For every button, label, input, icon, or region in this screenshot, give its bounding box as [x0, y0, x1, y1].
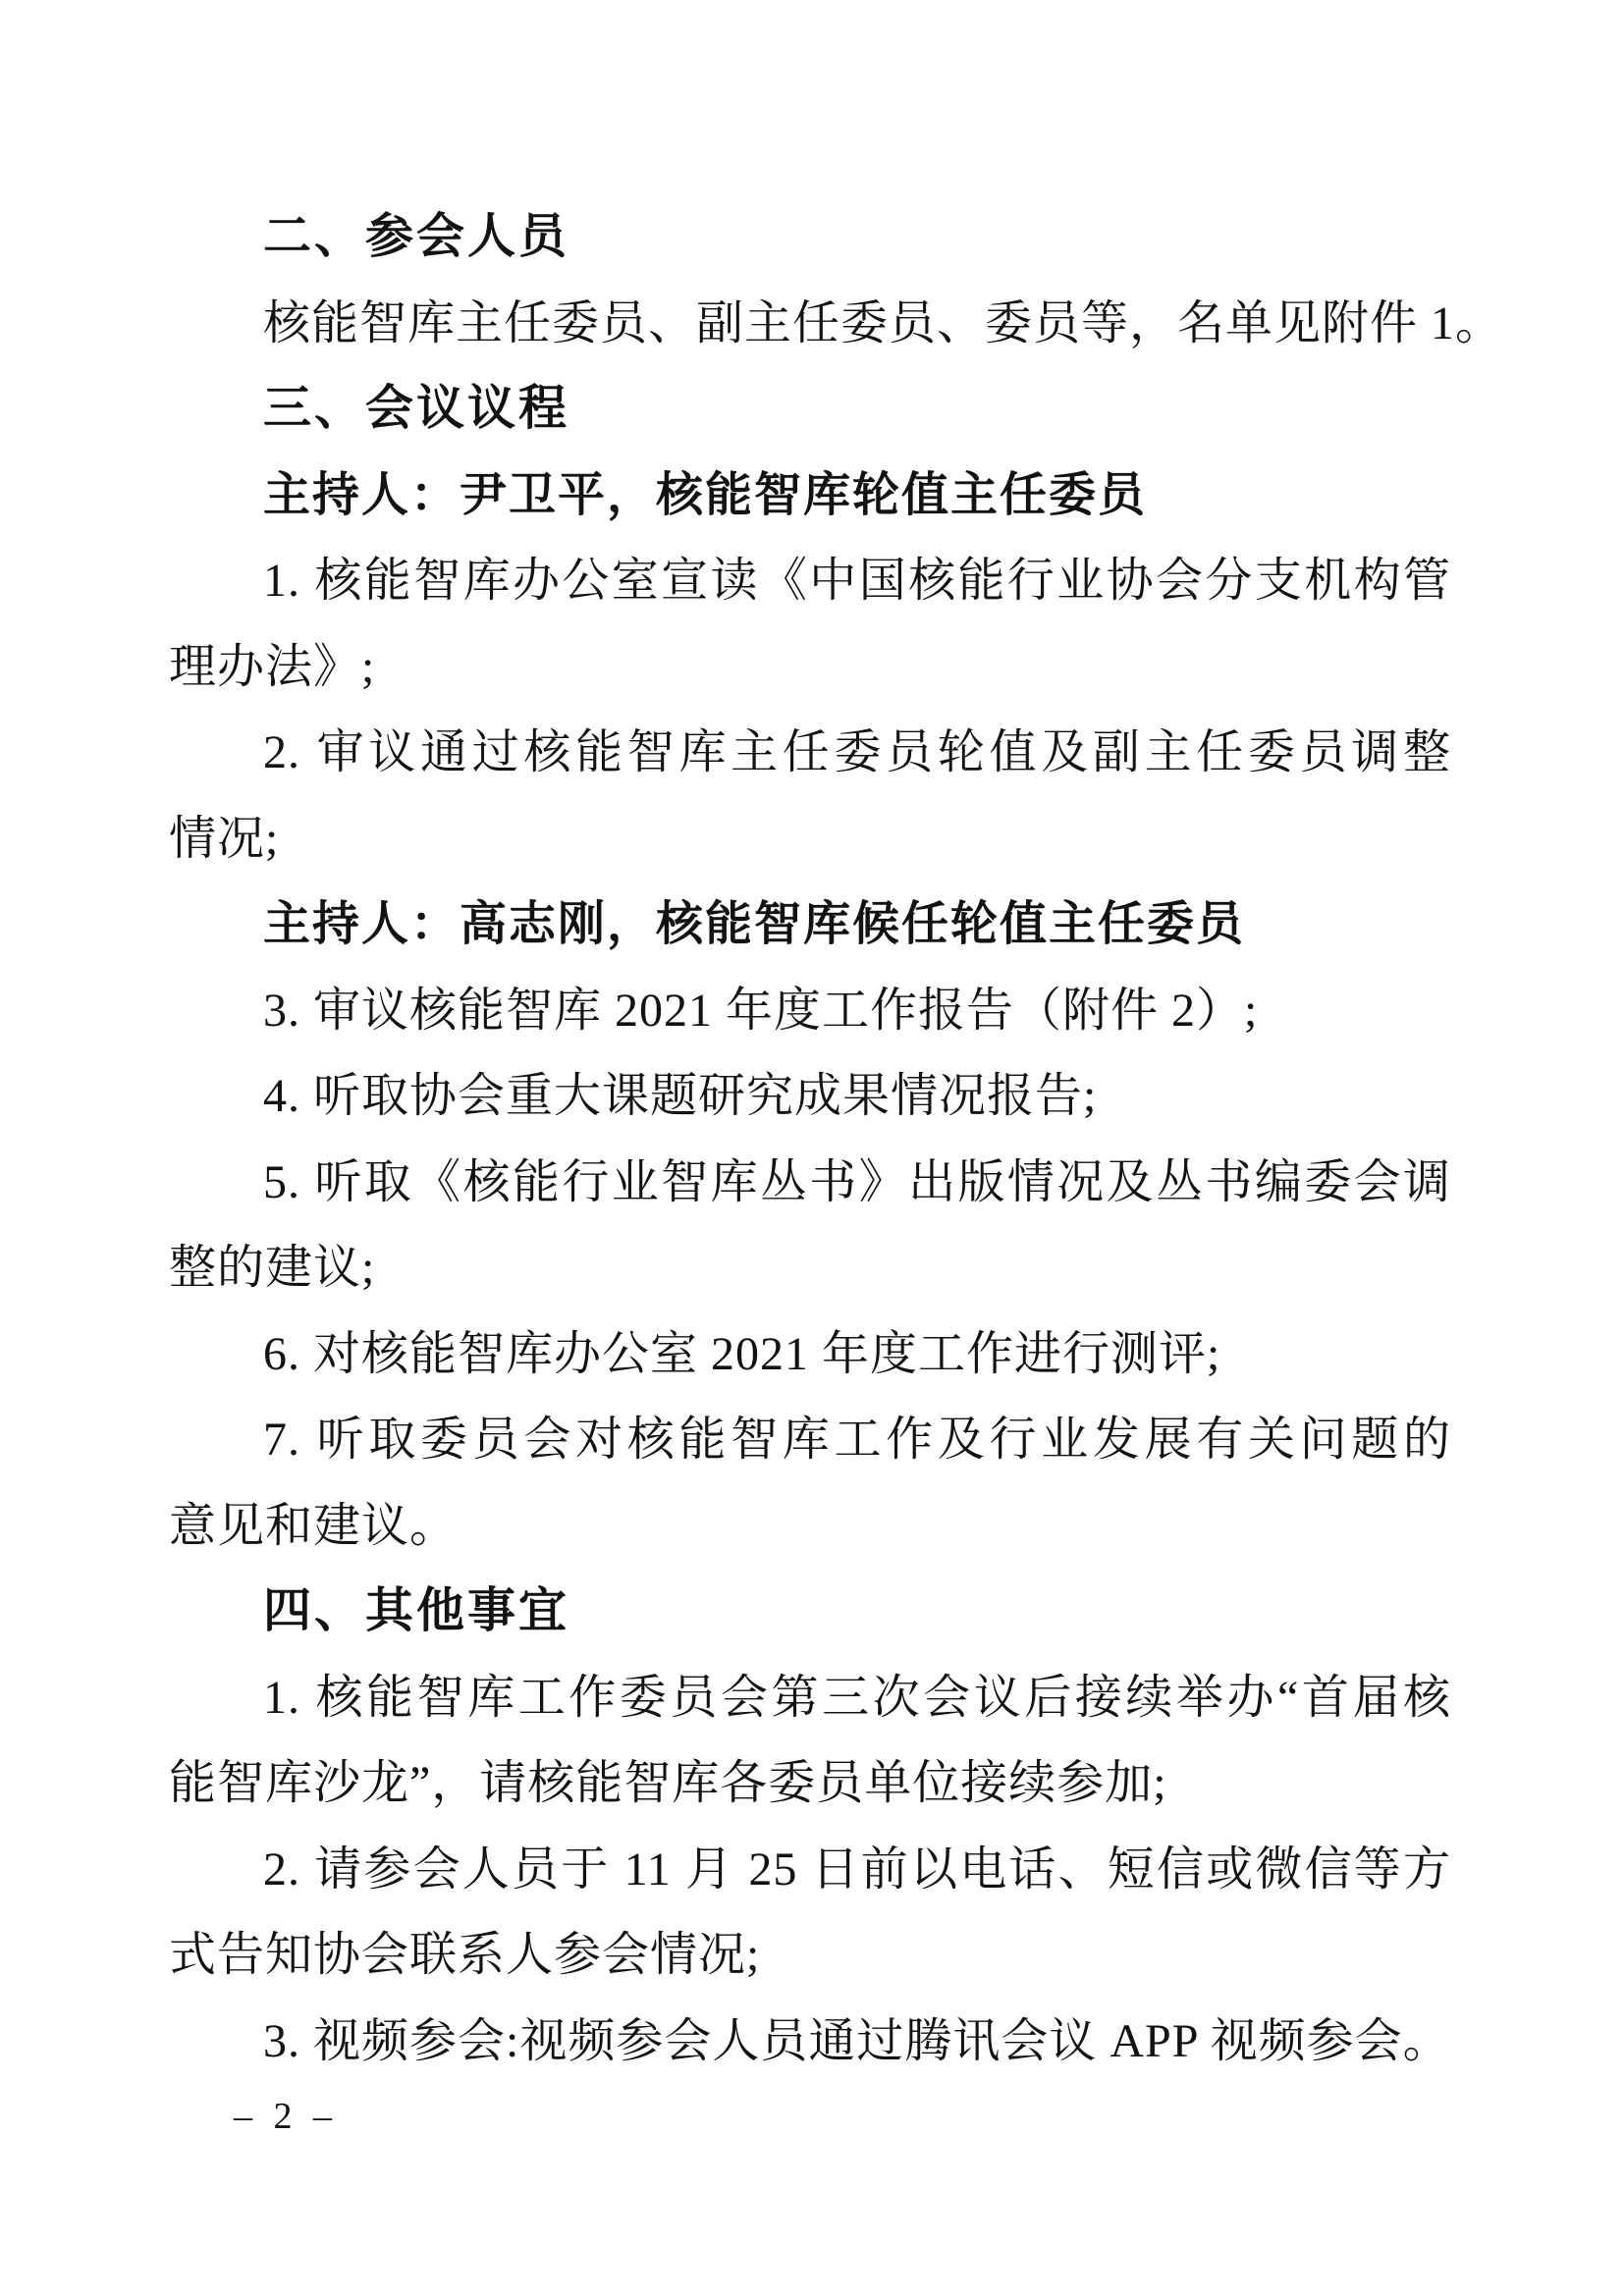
moderator-line-1: 主持人：尹卫平，核能智库轮值主任委员	[169, 453, 1451, 539]
agenda-item-4: 4. 听取协会重大课题研究成果情况报告;	[169, 1053, 1451, 1140]
agenda-item-5-line-2: 整的建议;	[169, 1225, 1451, 1311]
section-heading-other: 四、其他事宜	[169, 1569, 1451, 1655]
section-heading-agenda: 三、会议议程	[169, 366, 1451, 453]
other-item-2-line-2: 式告知协会联系人参会情况;	[169, 1912, 1451, 1999]
agenda-item-3: 3. 审议核能智库 2021 年度工作报告（附件 2）;	[169, 968, 1451, 1054]
agenda-item-5-line-1: 5. 听取《核能行业智库丛书》出版情况及丛书编委会调	[169, 1140, 1451, 1226]
other-item-3: 3. 视频参会:视频参会人员通过腾讯会议 APP 视频参会。	[169, 1999, 1451, 2085]
page-number: – 2 –	[234, 2087, 338, 2146]
agenda-item-1-line-1: 1. 核能智库办公室宣读《中国核能行业协会分支机构管	[169, 538, 1451, 624]
agenda-item-7-line-1: 7. 听取委员会对核能智库工作及行业发展有关问题的	[169, 1397, 1451, 1483]
agenda-item-2-line-1: 2. 审议通过核能智库主任委员轮值及副主任委员调整	[169, 710, 1451, 796]
paragraph-participants: 核能智库主任委员、副主任委员、委员等，名单见附件 1。	[169, 281, 1451, 367]
other-item-2-line-1: 2. 请参会人员于 11 月 25 日前以电话、短信或微信等方	[169, 1827, 1451, 1913]
agenda-item-2-line-2: 情况;	[169, 796, 1451, 882]
moderator-line-2: 主持人：高志刚，核能智库候任轮值主任委员	[169, 881, 1451, 968]
other-item-1-line-1: 1. 核能智库工作委员会第三次会议后接续举办“首届核	[169, 1655, 1451, 1741]
document-body: 二、参会人员 核能智库主任委员、副主任委员、委员等，名单见附件 1。 三、会议议…	[169, 194, 1451, 2084]
agenda-item-7-line-2: 意见和建议。	[169, 1483, 1451, 1570]
agenda-item-6: 6. 对核能智库办公室 2021 年度工作进行测评;	[169, 1311, 1451, 1398]
agenda-item-1-line-2: 理办法》;	[169, 624, 1451, 711]
document-page: 二、参会人员 核能智库主任委员、副主任委员、委员等，名单见附件 1。 三、会议议…	[0, 0, 1624, 2296]
section-heading-participants: 二、参会人员	[169, 194, 1451, 281]
other-item-1-line-2: 能智库沙龙”，请核能智库各委员单位接续参加;	[169, 1740, 1451, 1827]
